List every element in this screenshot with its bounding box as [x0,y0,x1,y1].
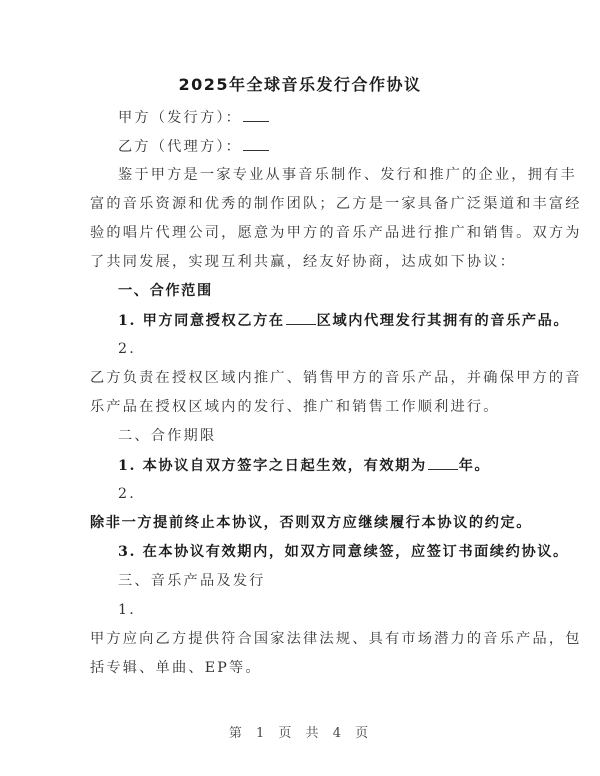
party-a-blank[interactable] [243,107,269,122]
clause-2-1: 1. 本协议自双方签字之日起生效，有效期为年。 [118,455,543,476]
party-a-label: 甲方（发行方）： [118,110,242,126]
party-b-line: 乙方（代理方）： [118,136,543,157]
years-blank[interactable] [428,455,458,470]
clause-1-1: 1. 甲方同意授权乙方在区域内代理发行其拥有的音乐产品。 [118,310,543,331]
clause-number: 1. [118,458,136,474]
clause-text: 在本协议有效期内，如双方同意续签，应签订书面续约协议。 [143,544,569,560]
clause-text: 本协议自双方签字之日起生效，有效期为 [143,458,427,474]
region-blank[interactable] [286,310,316,325]
preamble-line: 了共同发展，实现互利共赢，经友好协商，达成如下协议： [90,252,515,272]
clause-text: 乙方负责在授权区域内推广、销售甲方的音乐产品，并确保甲方的音 [90,368,515,388]
document-page: 2025年全球音乐发行合作协议 甲方（发行方）： 乙方（代理方）： 鉴于甲方是一… [0,0,600,776]
clause-text: 年。 [459,458,491,474]
section-heading: 二、合作期限 [118,426,543,446]
clause-text: 括专辑、单曲、EP等。 [90,658,515,678]
page-indicator: 第 1 页 共 4 页 [0,722,600,741]
party-a-line: 甲方（发行方）： [118,107,543,128]
party-b-label: 乙方（代理方）： [118,139,242,155]
clause-2-3: 3. 在本协议有效期内，如双方同意续签，应签订书面续约协议。 [118,542,543,562]
clause-number: 3. [118,544,136,560]
clause-number: 2. [118,484,543,504]
clause-text: 甲方应向乙方提供符合国家法律法规、具有市场潜力的音乐产品，包 [90,629,515,649]
document-title: 2025年全球音乐发行合作协议 [0,72,600,95]
clause-number: 2. [118,339,543,359]
clause-text: 乐产品在授权区域内的发行、推广和销售工作顺利进行。 [90,397,515,417]
clause-text: 区域内代理发行其拥有的音乐产品。 [317,313,570,329]
preamble-line: 富的音乐资源和优秀的制作团队；乙方是一家具备广泛渠道和丰富经 [90,194,515,214]
section-heading: 三、音乐产品及发行 [118,571,543,591]
section-heading: 一、合作范围 [118,281,543,301]
clause-text: 甲方同意授权乙方在 [143,313,285,329]
party-b-blank[interactable] [243,136,269,151]
clause-text: 除非一方提前终止本协议，否则双方应继续履行本协议的约定。 [90,513,515,533]
clause-number: 1. [118,600,543,620]
preamble-line: 鉴于甲方是一家专业从事音乐制作、发行和推广的企业，拥有丰 [118,165,543,185]
preamble-line: 验的唱片代理公司，愿意为甲方的音乐产品进行推广和销售。双方为 [90,223,515,243]
clause-number: 1. [118,313,136,329]
